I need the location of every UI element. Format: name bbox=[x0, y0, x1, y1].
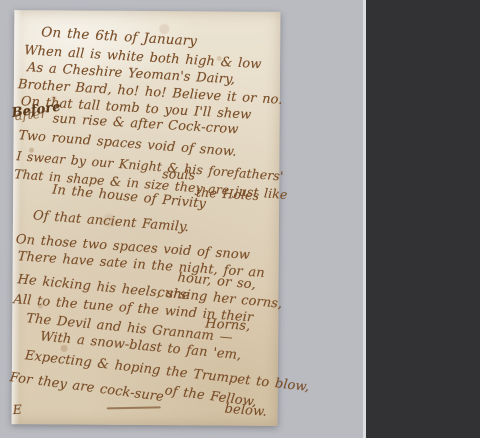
pen-dash bbox=[107, 406, 161, 409]
handwritten-line: Of that ancient Family. bbox=[32, 208, 189, 235]
right-dark-panel bbox=[366, 0, 480, 438]
scan-viewer-background: On the 6th of January When all is white … bbox=[0, 0, 480, 438]
handwritten-fragment: below. bbox=[224, 402, 267, 420]
corner-scribble: E bbox=[12, 402, 22, 418]
manuscript-page: On the 6th of January When all is white … bbox=[12, 10, 281, 426]
